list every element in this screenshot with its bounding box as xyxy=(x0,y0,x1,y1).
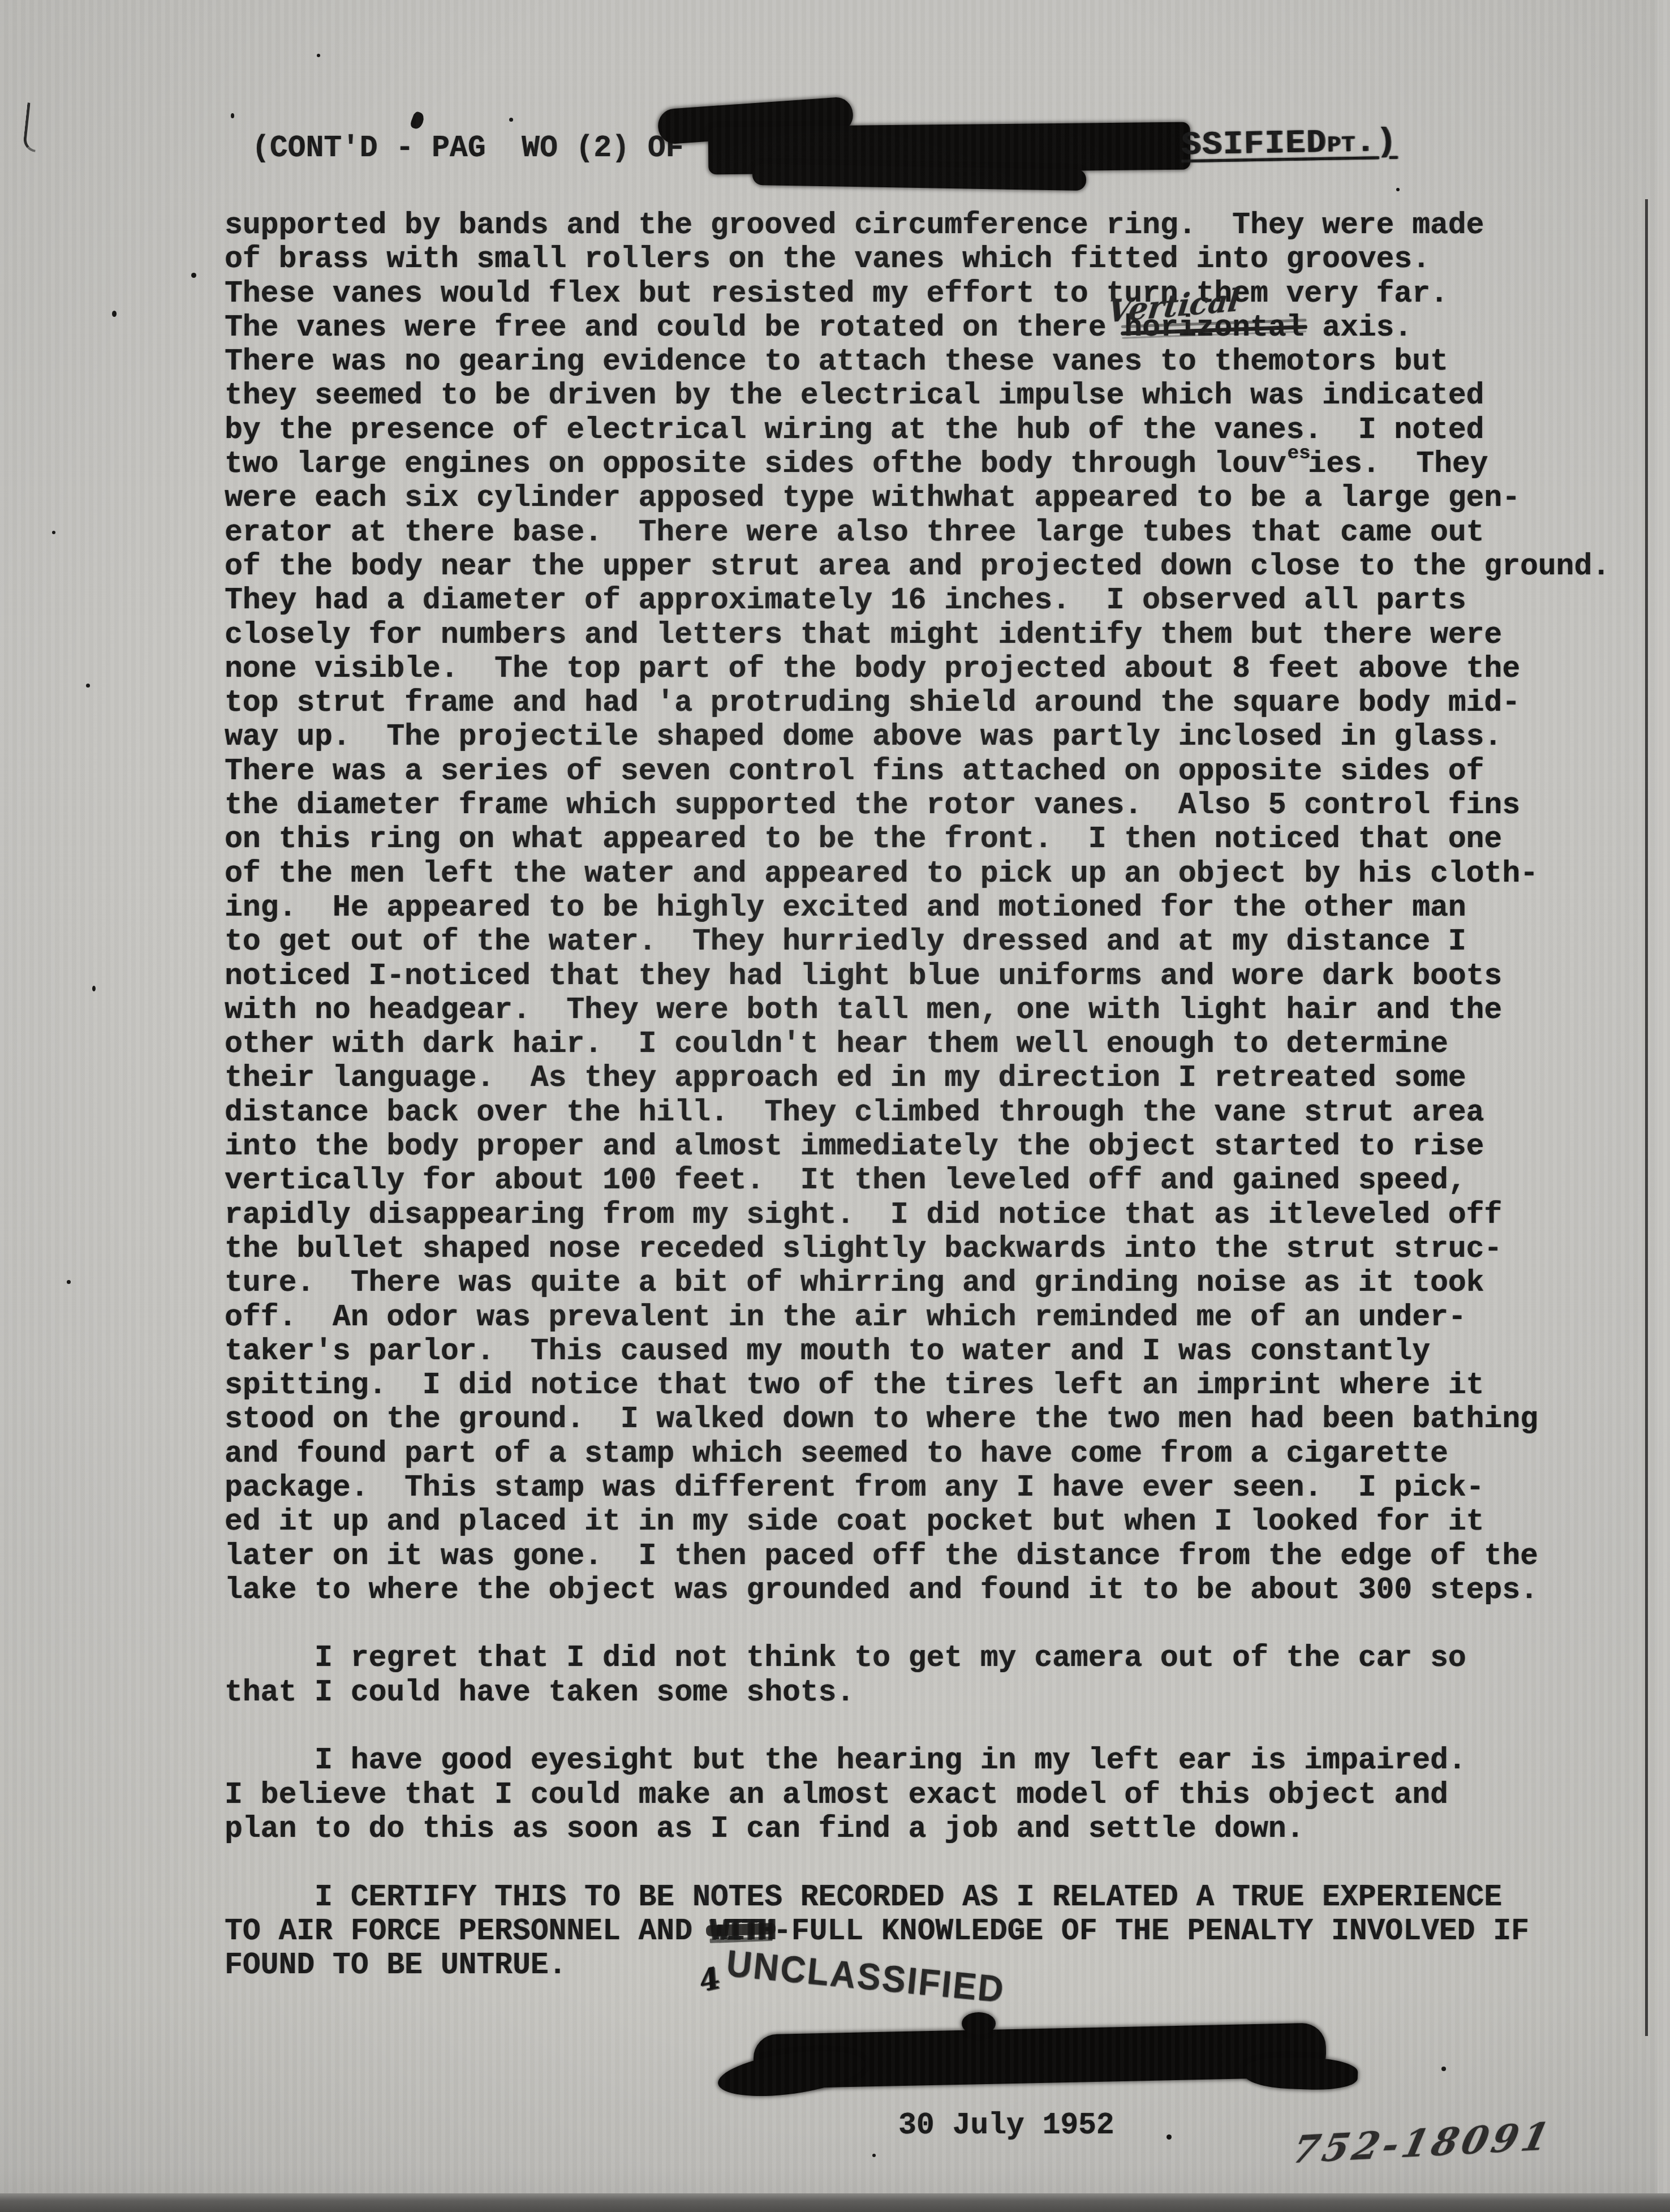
body-line: erator at there base. There were also th… xyxy=(225,516,1610,549)
page-right-edge xyxy=(1658,0,1670,2212)
body-line: I CERTIFY THIS TO BE NOTES RECORDED AS I… xyxy=(225,1880,1610,1914)
body-line: of brass with small rollers on the vanes… xyxy=(225,242,1610,276)
body-line: plan to do this as soon as I can find a … xyxy=(225,1812,1610,1846)
body-line: other with dark hair. I couldn't hear th… xyxy=(225,1027,1610,1061)
ink-speck xyxy=(409,110,425,130)
ink-speck xyxy=(67,1280,71,1284)
stamp-suffix-small: PT xyxy=(1327,133,1355,159)
handwritten-page-number: 752-18091 xyxy=(1288,2114,1557,2172)
body-line: the bullet shaped nose receded slightly … xyxy=(225,1232,1610,1266)
body-line: I regret that I did not think to get my … xyxy=(225,1641,1610,1675)
ink-speck xyxy=(872,2154,876,2157)
body-line: closely for numbers and letters that mig… xyxy=(225,618,1610,652)
body-line: rapidly disappearing from my sight. I di… xyxy=(225,1198,1610,1232)
body-line: and found part of a stamp which seemed t… xyxy=(225,1437,1610,1471)
body-line: supported by bands and the grooved circu… xyxy=(225,208,1610,242)
body-line-sup: es xyxy=(1288,443,1311,465)
body-line: They had a diameter of approximately 16 … xyxy=(225,583,1610,617)
stamp-close-paren: .) xyxy=(1355,124,1397,161)
ink-speck xyxy=(509,118,513,122)
ink-speck xyxy=(92,986,96,991)
margin-pen-mark xyxy=(23,102,41,152)
header-line: (CONT'D - PAG WO (2) OF xyxy=(252,131,701,165)
body-line: The vanes were free and could be rotated… xyxy=(225,311,1610,345)
redaction-bar-signature-bump xyxy=(962,2012,996,2035)
body-line: package. This stamp was different from a… xyxy=(225,1471,1610,1505)
body-line xyxy=(225,1710,1610,1743)
body-line: way up. The projectile shaped dome above… xyxy=(225,720,1610,754)
ink-speck xyxy=(1167,2134,1172,2140)
body-line: I believe that I could make an almost ex… xyxy=(225,1778,1610,1812)
body-text: supported by bands and the grooved circu… xyxy=(225,208,1610,1982)
body-line-text: TO AIR FORCE PERSONNEL AND xyxy=(225,1914,711,1948)
body-line: into the body proper and almost immediat… xyxy=(225,1129,1610,1163)
body-line: later on it was gone. I then paced off t… xyxy=(225,1539,1610,1573)
body-line-text: axis. xyxy=(1304,311,1412,345)
ink-speck xyxy=(52,531,55,534)
body-line: none visible. The top part of the body p… xyxy=(225,652,1610,686)
handwritten-mark: 4 xyxy=(698,1960,721,1999)
ink-speck xyxy=(112,311,117,317)
body-line: taker's parlor. This caused my mouth to … xyxy=(225,1334,1610,1368)
body-line-text: ies. They xyxy=(1308,447,1488,481)
ink-speck xyxy=(1396,188,1400,191)
body-line: spitting. I did notice that two of the t… xyxy=(225,1368,1610,1402)
header-text: (CONT'D - PAG WO (2) OF xyxy=(252,131,701,165)
body-line: of the men left the water and appeared t… xyxy=(225,857,1610,891)
body-line: with no headgear. They were both tall me… xyxy=(225,993,1610,1027)
ink-speck xyxy=(191,273,196,278)
body-line-text: The vanes were free and could be rotated… xyxy=(225,311,1124,345)
ink-speck xyxy=(86,684,90,688)
redaction-bar-signature-right xyxy=(1244,2056,1358,2091)
ink-speck xyxy=(1441,2067,1446,2071)
body-line: the diameter frame which supported the r… xyxy=(225,788,1610,822)
body-line: There was a series of seven control fins… xyxy=(225,754,1610,788)
body-line: I have good eyesight but the hearing in … xyxy=(225,1743,1610,1777)
body-line-text: -FULL KNOWLEDGE OF THE PENALTY INVOLVED … xyxy=(773,1914,1529,1948)
body-line-text: two large engines on opposite sides ofth… xyxy=(225,447,1286,481)
body-line: to get out of the water. They hurriedly … xyxy=(225,925,1610,959)
body-line: lake to where the object was grounded an… xyxy=(225,1573,1610,1607)
body-line: of the body near the upper strut area an… xyxy=(225,549,1610,583)
page-fold-line xyxy=(1645,199,1648,2036)
scanned-document-page: (CONT'D - PAG WO (2) OF SSIFIEDPT.) Vert… xyxy=(0,0,1670,2212)
body-line: off. An odor was prevalent in the air wh… xyxy=(225,1300,1610,1334)
body-line: two large engines on opposite sides ofth… xyxy=(225,447,1610,481)
body-line xyxy=(225,1846,1610,1880)
body-line: ed it up and placed it in my side coat p… xyxy=(225,1505,1610,1539)
body-line: TO AIR FORCE PERSONNEL AND WITH-FULL KNO… xyxy=(225,1914,1610,1948)
body-line: that I could have taken some shots. xyxy=(225,1676,1610,1710)
body-line: ture. There was quite a bit of whirring … xyxy=(225,1266,1610,1300)
body-line: These vanes would flex but resisted my e… xyxy=(225,277,1610,311)
document-date: 30 July 1952 xyxy=(898,2108,1114,2142)
body-line: vertically for about 100 feet. It then l… xyxy=(225,1163,1610,1197)
body-line: on this ring on what appeared to be the … xyxy=(225,822,1610,856)
body-line xyxy=(225,1607,1610,1641)
body-line: were each six cylinder apposed type with… xyxy=(225,481,1610,515)
body-line: There was no gearing evidence to attach … xyxy=(225,345,1610,379)
body-line: their language. As they approach ed in m… xyxy=(225,1061,1610,1095)
ink-speck xyxy=(317,54,320,57)
body-line: they seemed to be driven by the electric… xyxy=(225,379,1610,413)
body-line: top strut frame and had 'a protruding sh… xyxy=(225,686,1610,720)
body-line: noticed I-noticed that they had light bl… xyxy=(225,959,1610,993)
body-line: stood on the ground. I walked down to wh… xyxy=(225,1402,1610,1436)
body-line: distance back over the hill. They climbe… xyxy=(225,1096,1610,1129)
scan-bottom-band xyxy=(0,2193,1670,2212)
classification-stamp-fragment: SSIFIEDPT.) xyxy=(1181,124,1397,165)
stamp-fragment-text: SSIFIED xyxy=(1181,125,1327,164)
body-line: ing. He appeared to be highly excited an… xyxy=(225,891,1610,925)
ink-speck xyxy=(231,113,234,118)
body-line: by the presence of electrical wiring at … xyxy=(225,413,1610,447)
